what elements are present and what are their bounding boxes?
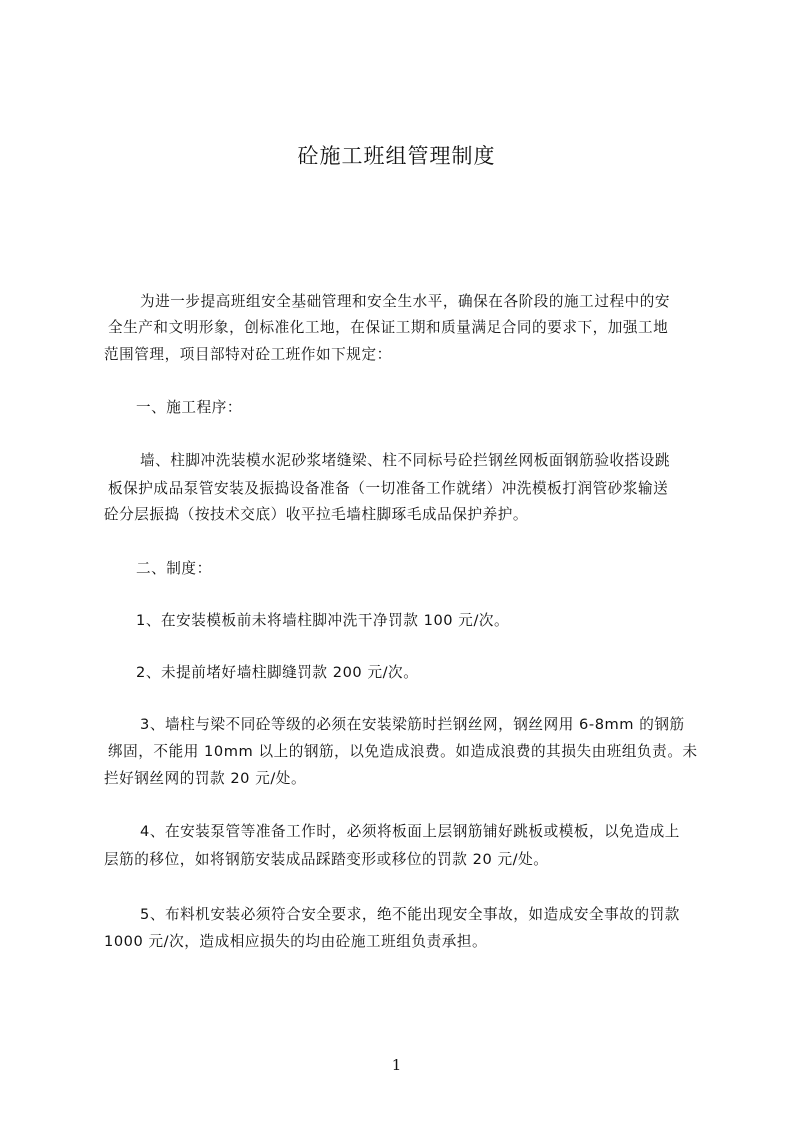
rule-item-3-line-3: 拦好钢丝网的罚款 20 元/处。	[104, 769, 306, 789]
rule-item-4-line-1: 4、在安装泵管等准备工作时，必须将板面上层钢筋铺好跳板或模板，以免造成上	[140, 822, 680, 842]
page-number: 1	[0, 1055, 793, 1075]
rule-item-4-line-2: 层筋的移位，如将钢筋安装成品踩踏变形或移位的罚款 20 元/处。	[104, 850, 548, 870]
rule-item-5-line-1: 5、布料机安装必须符合安全要求，绝不能出现安全事故，如造成安全事故的罚款	[140, 905, 680, 925]
section2-heading: 二、制度：	[136, 559, 212, 579]
section1-line-1: 墙、柱脚冲洗装模水泥砂浆堵缝梁、柱不同标号砼拦钢丝网板面钢筋验收搭设跳	[140, 451, 670, 471]
rule-item-3-line-2: 绑固，不能用 10mm 以上的钢筋，以免造成浪费。如造成浪费的其损失由班组负责。…	[108, 742, 784, 762]
rule-item-5-line-2: 1000 元/次，造成相应损失的均由砼施工班组负责承担。	[104, 932, 487, 952]
document-title: 砼施工班组管理制度	[0, 142, 793, 170]
rule-item-2: 2、未提前堵好墙柱脚缝罚款 200 元/次。	[136, 663, 418, 683]
document-page: 砼施工班组管理制度 为进一步提高班组安全基础管理和安全生水平，确保在各阶段的施工…	[0, 0, 793, 1122]
rule-item-1: 1、在安装模板前未将墙柱脚冲洗干净罚款 100 元/次。	[136, 611, 509, 631]
intro-line-1: 为进一步提高班组安全基础管理和安全生水平，确保在各阶段的施工过程中的安	[140, 292, 670, 312]
rule-item-3-line-1: 3、墙柱与梁不同砼等级的必须在安装梁筋时拦钢丝网，钢丝网用 6-8mm 的钢筋	[140, 715, 685, 735]
intro-line-2: 全生产和文明形象，创标准化工地，在保证工期和质量满足合同的要求下，加强工地	[108, 318, 668, 338]
section1-line-2: 板保护成品泵管安装及振捣设备准备（一切准备工作就绪）冲洗模板打润管砂浆输送	[108, 479, 668, 499]
section1-heading: 一、施工程序：	[136, 398, 242, 418]
intro-line-3: 范围管理，项目部特对砼工班作如下规定：	[104, 345, 392, 365]
section1-line-3: 砼分层振捣（按技术交底）收平拉毛墙柱脚琢毛成品保护养护。	[104, 505, 528, 525]
